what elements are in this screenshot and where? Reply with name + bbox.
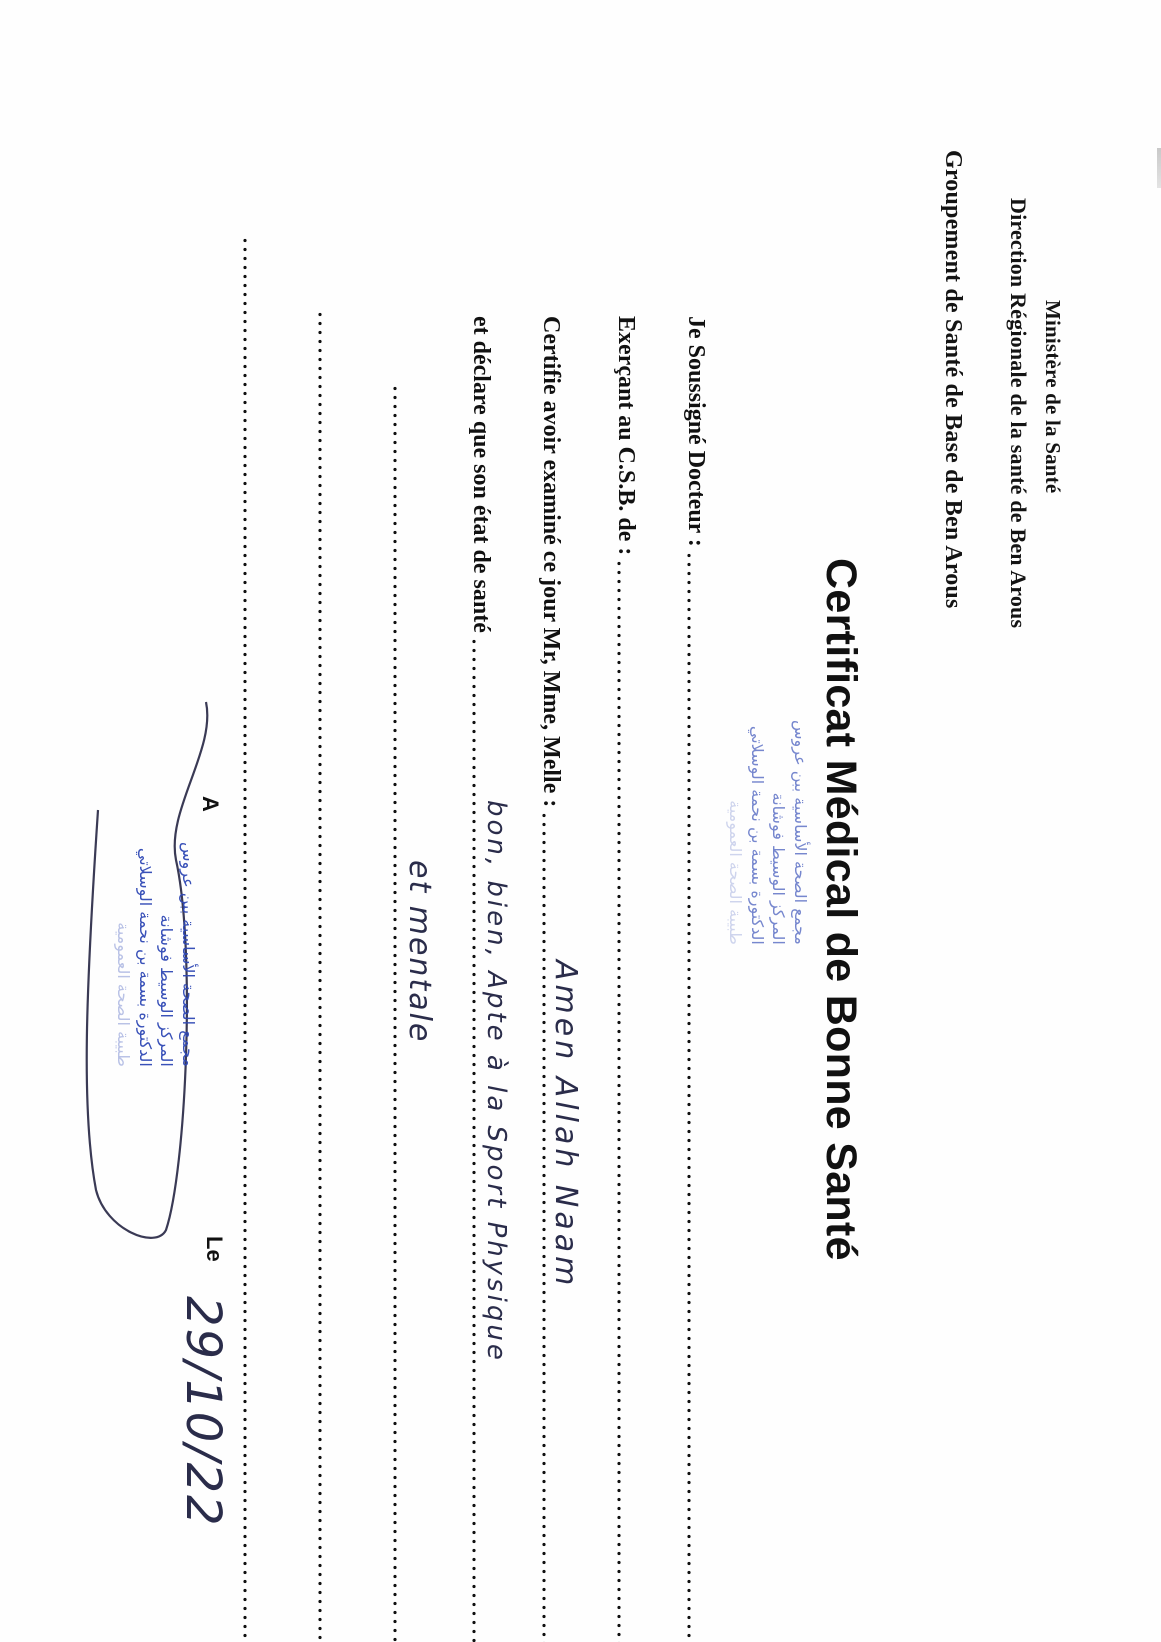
certificate-title: Certificat Médical de Bonne Santé xyxy=(816,558,865,1261)
csb-dotted-blank xyxy=(617,559,621,1642)
handwritten-health-state-line2: et mentale xyxy=(402,860,437,1043)
stamp-line: طبيبة الصحة العمومية xyxy=(113,842,135,1067)
dotted-line-1 xyxy=(393,384,397,1642)
handwritten-patient-name: Amen Allah Naam xyxy=(548,960,583,1289)
csb-field: Exerçant au C.S.B. de : xyxy=(612,316,639,1642)
regional-direction-heading: Direction Régionale de la santé de Ben A… xyxy=(1005,198,1031,628)
handwritten-health-state: bon, bien, Apte à la Sport Physique xyxy=(481,800,511,1363)
declare-dotted-blank xyxy=(472,637,476,1642)
doctor-dotted-blank xyxy=(687,551,691,1642)
doctor-field: Je Soussigné Docteur : xyxy=(682,316,709,1642)
examined-dotted-blank xyxy=(542,811,546,1642)
doctor-label: Je Soussigné Docteur : xyxy=(682,316,709,547)
handwritten-date: 29/10/22 xyxy=(175,1296,231,1528)
examined-label: Certifie avoir examiné ce jour Mr, Mme, … xyxy=(537,316,564,807)
dotted-line-3 xyxy=(243,236,247,1642)
stamp-line: طبيبة الصحة العمومية xyxy=(725,720,747,945)
stamp-line: مجمع الصحة الأساسية ببن عروس xyxy=(789,720,811,945)
stamp-line: مجمع الصحة الأساسية ببن عروس xyxy=(177,842,199,1067)
declare-label: et déclare que son état de santé xyxy=(467,316,494,633)
scan-edge-mark xyxy=(1157,148,1161,188)
stamp-line: المركز الوسيط فوشانة xyxy=(768,720,790,945)
groupement-heading: Groupement de Santé de Base de Ben Arous xyxy=(939,150,966,608)
dotted-line-2 xyxy=(318,310,322,1642)
stamp-line: الدكتورة بسمة بن نحمة الوسلاتي xyxy=(746,720,768,945)
scanned-certificate-page: Ministère de la Santé Direction Régional… xyxy=(0,0,1161,1642)
ministry-heading: Ministère de la Santé xyxy=(1040,300,1065,493)
csb-label: Exerçant au C.S.B. de : xyxy=(612,316,639,555)
stamp-line: المركز الوسيط فوشانة xyxy=(156,842,178,1067)
center-stamp-top: مجمع الصحة الأساسية ببن عروس المركز الوس… xyxy=(725,720,811,945)
stamp-line: الدكتورة بسمة بن نحمة الوسلاتي xyxy=(134,842,156,1067)
doctor-stamp-bottom: مجمع الصحة الأساسية ببن عروس المركز الوس… xyxy=(113,842,199,1067)
